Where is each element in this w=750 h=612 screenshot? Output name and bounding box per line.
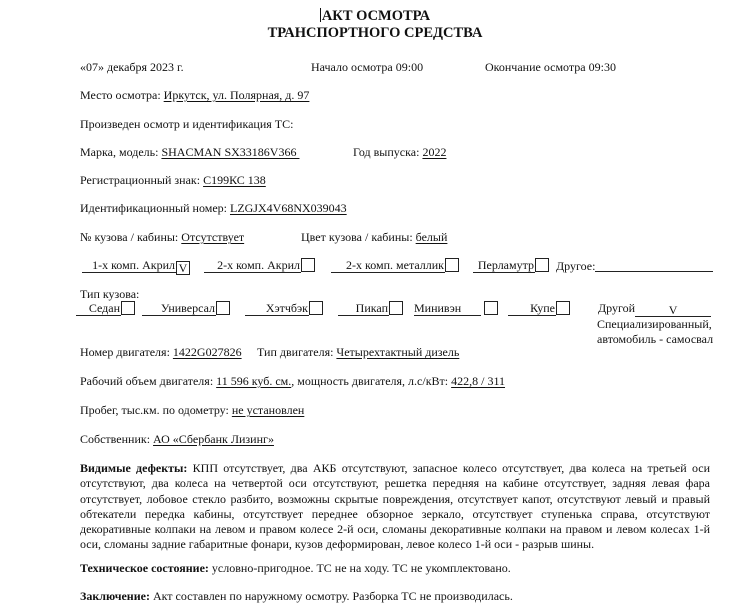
checkbox[interactable] — [389, 301, 403, 315]
year-value: 2022 — [422, 145, 446, 159]
body-type-other[interactable]: ДругойV — [598, 301, 711, 317]
body-type-other-mark[interactable]: V — [635, 304, 711, 317]
body-type-other-value-1: Специализированный, — [597, 317, 712, 331]
visible-defects-label: Видимые дефекты: — [80, 461, 187, 475]
place-label: Место осмотра: — [80, 88, 161, 102]
engine-type-row: Тип двигателя: Четырехтактный дизель — [257, 345, 459, 359]
body-type-other-label: Другой — [598, 301, 635, 315]
model-row: Марка, модель: SHACMAN SX33186V366 — [80, 145, 299, 159]
registration-label: Регистрационный знак: — [80, 173, 200, 187]
conclusion-text: Акт составлен по наружному осмотру. Разб… — [150, 589, 513, 603]
body-type-other-value-2: автомобиль - самосвал — [597, 332, 713, 346]
technical-condition: Техническое состояние: условно-пригодное… — [80, 561, 511, 575]
engine-volume-value: 11 596 куб. см. — [216, 374, 291, 388]
body-type-label: Универсал — [142, 301, 216, 316]
paint-other-field[interactable] — [595, 258, 713, 272]
paint-option-other[interactable]: Другое: — [556, 258, 713, 273]
checkbox[interactable] — [309, 301, 323, 315]
registration-value: С199КС 138 — [203, 173, 266, 187]
checkbox[interactable] — [121, 301, 135, 315]
body-color-value: белый — [416, 230, 448, 244]
checkbox[interactable] — [556, 301, 570, 315]
text-cursor — [320, 8, 321, 22]
body-type-coupe[interactable]: Купе — [508, 301, 570, 316]
engine-type-label: Тип двигателя: — [257, 345, 333, 359]
owner-row: Собственник: АО «Сбербанк Лизинг» — [80, 432, 274, 446]
visible-defects: Видимые дефекты: КПП отсутствует, два АК… — [80, 461, 710, 553]
technical-condition-label: Техническое состояние: — [80, 561, 209, 575]
checkbox[interactable]: V — [176, 261, 190, 275]
owner-label: Собственник: — [80, 432, 150, 446]
inspection-end-time: Окончание осмотра 09:30 — [485, 60, 616, 74]
inspection-start-time: Начало осмотра 09:00 — [311, 60, 423, 74]
vin-row: Идентификационный номер: LZGJX4V68NX0390… — [80, 201, 347, 215]
body-color-row: Цвет кузова / кабины: белый — [301, 230, 447, 244]
engine-volume-label: Рабочий объем двигателя: — [80, 374, 213, 388]
body-type-pickup[interactable]: Пикап — [338, 301, 403, 316]
model-label: Марка, модель: — [80, 145, 158, 159]
document-title: АКТ ОСМОТРА — [0, 8, 750, 25]
conclusion-label: Заключение: — [80, 589, 150, 603]
body-number-label: № кузова / кабины: — [80, 230, 178, 244]
engine-number-label: Номер двигателя: — [80, 345, 170, 359]
paint-option-acrylic-1k[interactable]: 1-х комп. АкрилV — [82, 258, 190, 275]
checkbox[interactable] — [484, 301, 498, 315]
engine-number-value: 1422G027826 — [173, 345, 242, 359]
vin-value: LZGJX4V68NX039043 — [230, 201, 347, 215]
year-label: Год выпуска: — [353, 145, 419, 159]
place-value: Иркутск, ул. Полярная, д. 97 — [164, 88, 310, 102]
paint-option-metallic-2k[interactable]: 2-х комп. металлик — [331, 258, 459, 273]
vin-label: Идентификационный номер: — [80, 201, 227, 215]
engine-power-value: 422,8 / 311 — [451, 374, 505, 388]
paint-option-label: 2-х комп. Акрил — [204, 258, 301, 273]
owner-value: АО «Сбербанк Лизинг» — [153, 432, 274, 446]
body-type-label: Пикап — [338, 301, 389, 316]
body-type-minivan[interactable]: Минивэн — [414, 301, 498, 316]
checkbox[interactable] — [216, 301, 230, 315]
engine-volume-row: Рабочий объем двигателя: 11 596 куб. см.… — [80, 374, 505, 388]
body-type-label: Тип кузова: — [80, 287, 139, 301]
body-type-label: Купе — [508, 301, 556, 316]
body-type-sedan[interactable]: Седан — [76, 301, 135, 316]
checkbox[interactable] — [535, 258, 549, 272]
paint-other-label: Другое: — [556, 259, 595, 273]
body-type-label: Седан — [76, 301, 121, 316]
year-row: Год выпуска: 2022 — [353, 145, 446, 159]
body-type-wagon[interactable]: Универсал — [142, 301, 230, 316]
paint-option-acrylic-2k[interactable]: 2-х комп. Акрил — [204, 258, 315, 273]
engine-number-row: Номер двигателя: 1422G027826 — [80, 345, 242, 359]
body-number-value: Отсутствует — [181, 230, 244, 244]
body-type-label: Минивэн — [414, 301, 481, 316]
identification-heading: Произведен осмотр и идентификация ТС: — [80, 117, 293, 131]
inspection-place-row: Место осмотра: Иркутск, ул. Полярная, д.… — [80, 88, 309, 102]
engine-type-value: Четырехтактный дизель — [336, 345, 459, 359]
body-type-label: Хэтчбэк — [245, 301, 309, 316]
body-number-row: № кузова / кабины: Отсутствует — [80, 230, 244, 244]
inspection-date: «07» декабря 2023 г. — [80, 60, 184, 74]
title-line-1: АКТ ОСМОТРА — [322, 8, 430, 24]
paint-option-pearl[interactable]: Перламутр — [473, 258, 549, 273]
model-value: SHACMAN SX33186V366 — [161, 145, 299, 159]
engine-power-label: , мощность двигателя, л.с/кВт: — [291, 374, 448, 388]
paint-option-label: 1-х комп. Акрил — [82, 258, 176, 273]
body-type-hatchback[interactable]: Хэтчбэк — [245, 301, 323, 316]
mileage-value: не установлен — [232, 403, 304, 417]
document-title-line-2: ТРАНСПОРТНОГО СРЕДСТВА — [0, 25, 750, 42]
paint-option-label: Перламутр — [473, 258, 535, 273]
mileage-label: Пробег, тыс.км. по одометру: — [80, 403, 229, 417]
registration-row: Регистрационный знак: С199КС 138 — [80, 173, 266, 187]
conclusion: Заключение: Акт составлен по наружному о… — [80, 589, 513, 603]
paint-option-label: 2-х комп. металлик — [331, 258, 445, 273]
technical-condition-text: условно-пригодное. ТС не на ходу. ТС не … — [209, 561, 511, 575]
mileage-row: Пробег, тыс.км. по одометру: не установл… — [80, 403, 304, 417]
body-color-label: Цвет кузова / кабины: — [301, 230, 413, 244]
checkbox[interactable] — [445, 258, 459, 272]
checkbox[interactable] — [301, 258, 315, 272]
